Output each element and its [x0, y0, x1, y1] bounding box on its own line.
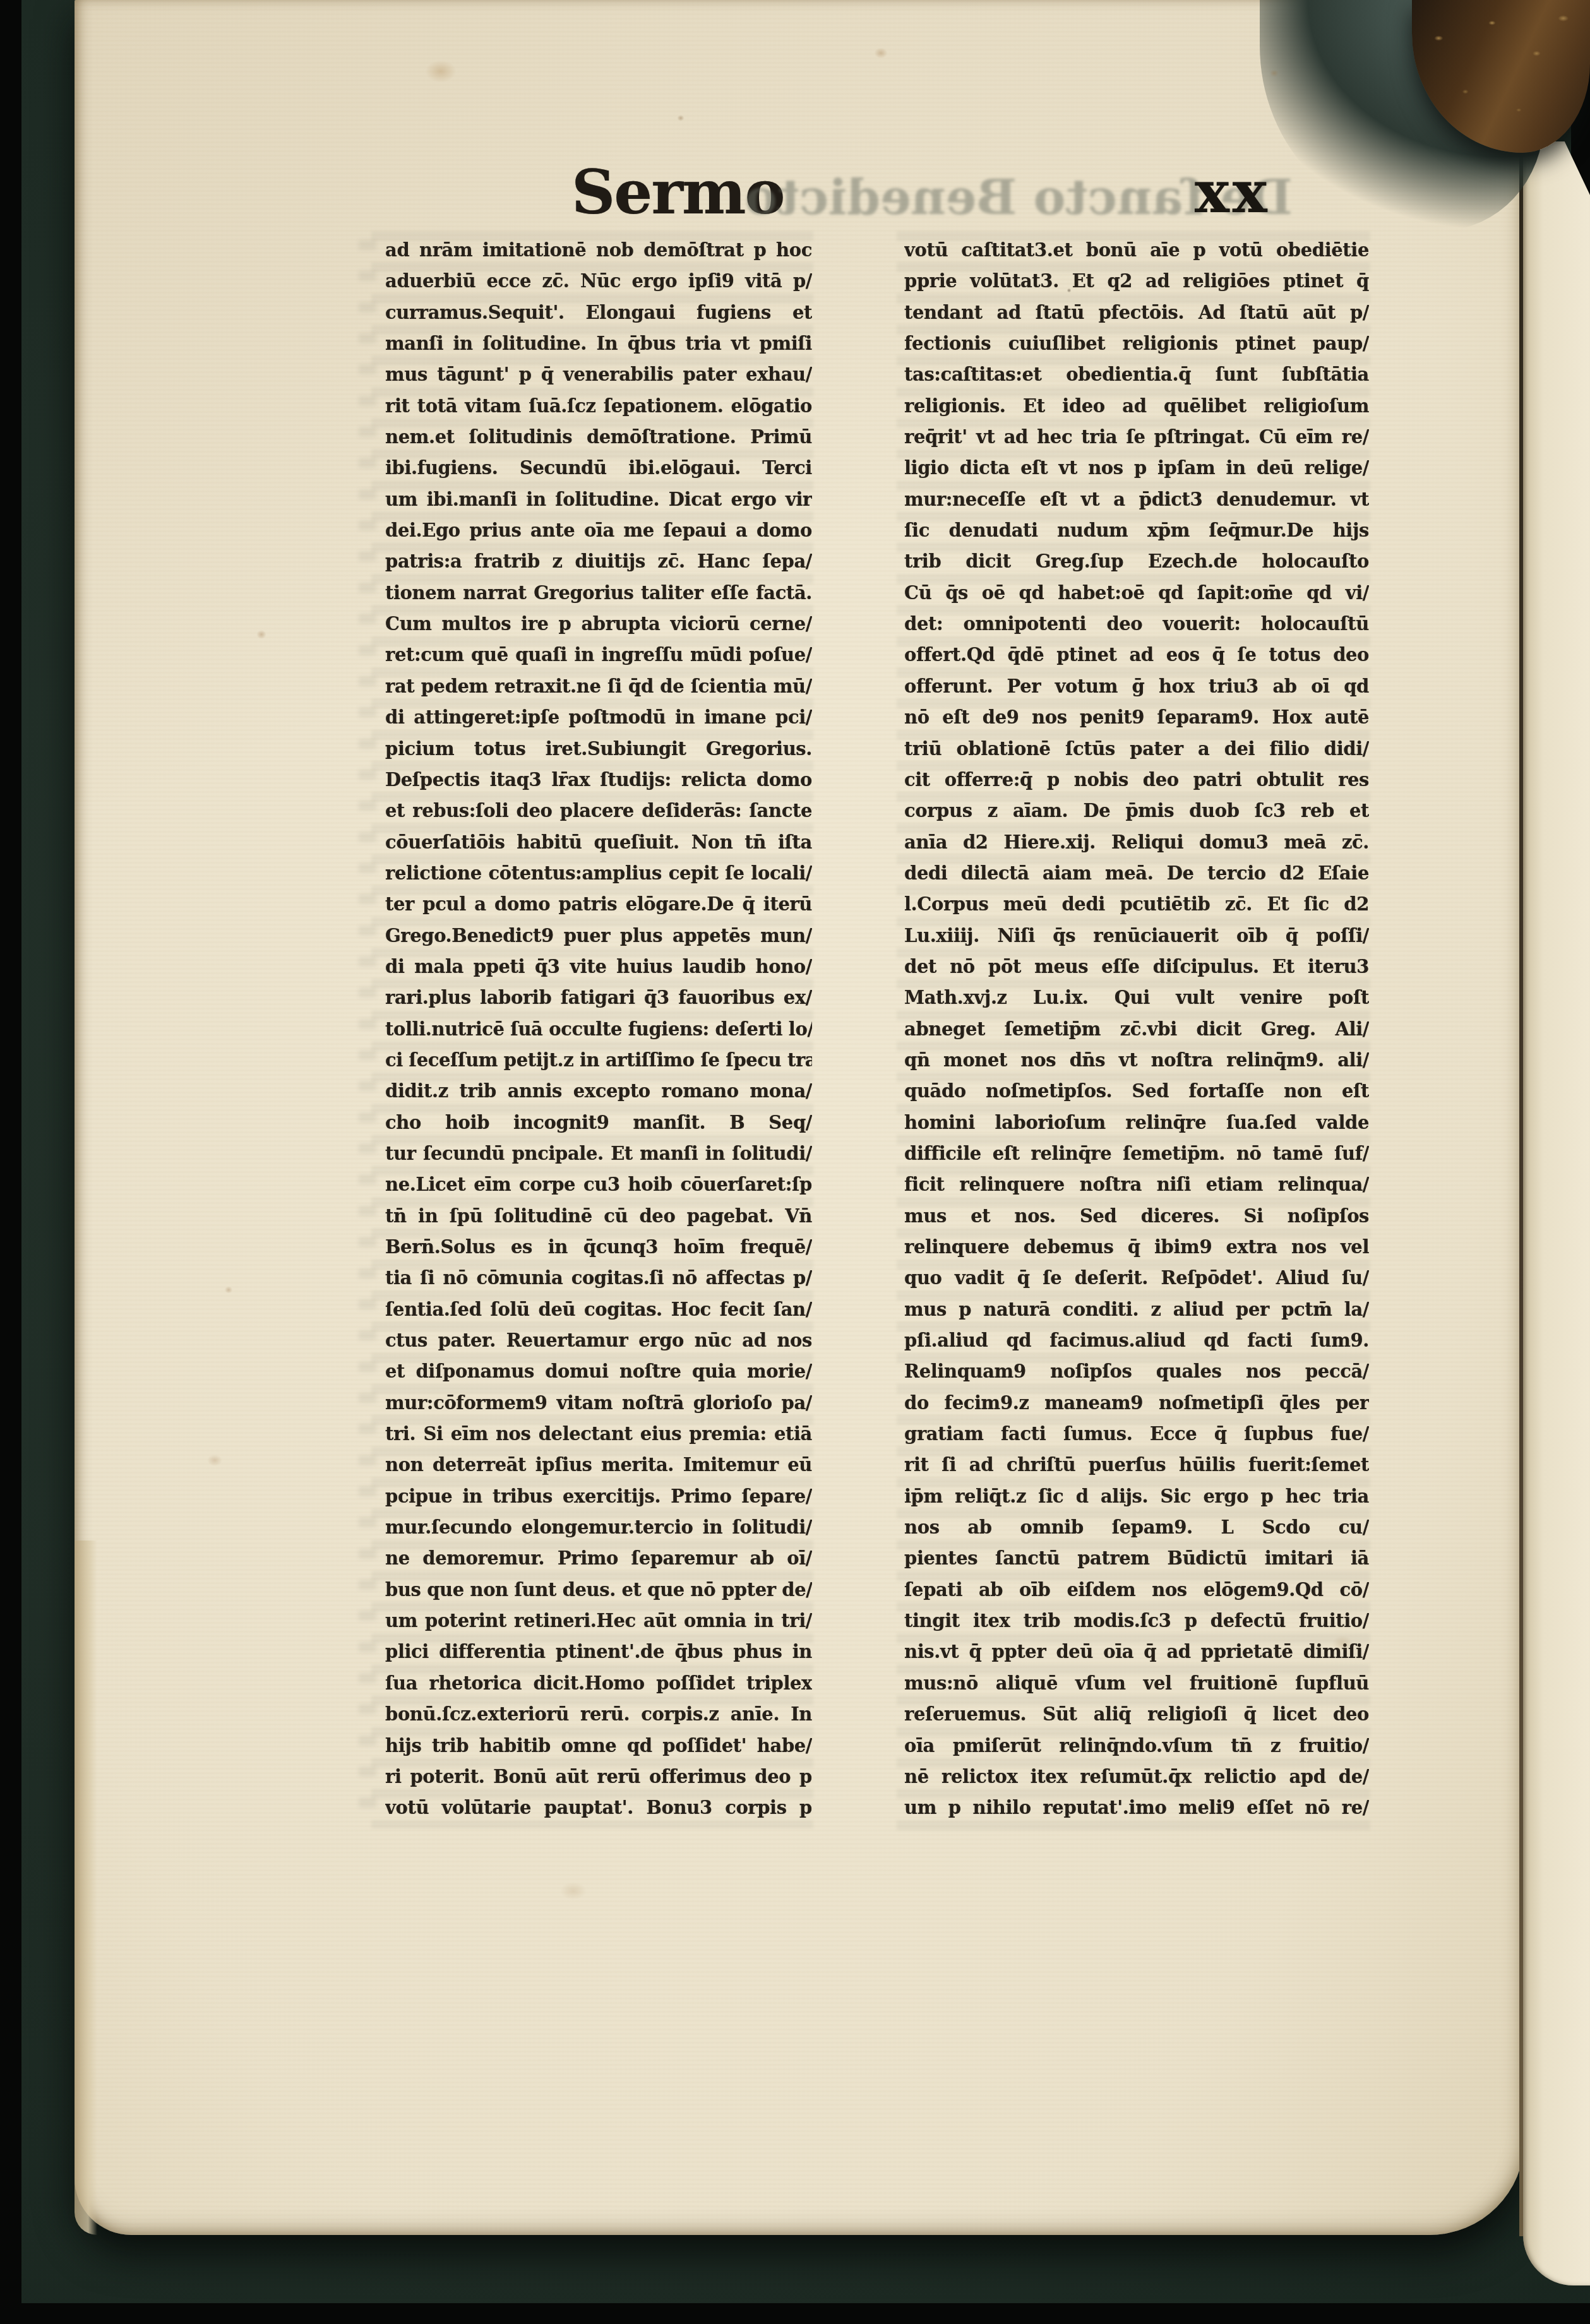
text-line: um poterint retineri.Hec aūt omnia in tr… [385, 1606, 812, 1636]
text-line: gratiam facti ſumus. Ecce q̄ ſupbus fue/ [904, 1419, 1369, 1450]
text-line: tur ſecundū pncipale. Et manſi in ſolitu… [385, 1138, 812, 1169]
text-line: Lu.xiiij. Niſi q̄s renūciauerit oīb q̄ p… [904, 921, 1369, 951]
text-line: ne.Licet eīm corpe cu3 hoib cōuerſaret:ſ… [385, 1169, 812, 1200]
text-line: ri poterit. Bonū aūt rerū offerimus deo … [385, 1761, 812, 1792]
text-line: Bern̄.Solus es in q̄cunq3 hoīm frequē/ [385, 1232, 812, 1263]
text-line: ter pcul a domo patris elōgare.De q̄ ite… [385, 889, 812, 920]
text-line: quādo noſmetipſos. Sed fortaſſe non eſt [904, 1076, 1369, 1107]
text-line: l.Corpus meū dedi pcutiētib zc̄. Et ſic … [904, 889, 1369, 920]
text-line: reſeruemus. Sūt aliq̄ religioſi q̄ licet… [904, 1699, 1369, 1730]
text-line: mus tāgunt' p q̄ venerabilis pater exhau… [385, 359, 812, 390]
text-line: pcipue in tribus exercitijs. Primo ſepar… [385, 1481, 812, 1512]
text-line: ci ſeceſſum petijt.z in artiſſimo ſe ſpe… [385, 1045, 812, 1076]
text-line: ſentia.ſed ſolū deū cogitas. Hoc fecit ſ… [385, 1294, 812, 1325]
text-line: oīa pmiſerūt relinq̄ndo.vſum tn̄ z fruit… [904, 1731, 1369, 1761]
text-line: trib dicit Greg.ſup Ezech.de holocauſto [904, 546, 1369, 577]
text-line: relinquere debemus q̄ ibim9 extra nos ve… [904, 1232, 1369, 1263]
text-line: ctus pater. Reuertamur ergo nūc ad nos [385, 1325, 812, 1356]
text-line: et rebus:ſoli deo placere deſiderās: ſan… [385, 796, 812, 826]
text-line: mur:neceſſe eſt vt a p̄dict3 denudemur. … [904, 484, 1369, 515]
text-line: ſua rhetorica dicit.Homo poſſidet triple… [385, 1668, 812, 1699]
text-line: tn̄ in ſpū ſolitudinē cū deo pagebat. Vn… [385, 1201, 812, 1232]
text-line: Deſpectis itaq3 lr̄ax ſtudijs: relicta d… [385, 765, 812, 796]
text-line: religionis. Et ideo ad quēlibet religioſ… [904, 391, 1369, 422]
text-line: abneget ſemetip̄m zc̄.vbi dicit Greg. Al… [904, 1014, 1369, 1045]
text-line: rit totā vitam ſuā.ſcz ſepationem. elōga… [385, 391, 812, 422]
text-line: pſi.aliud qd facimus.aliud qd facti ſum9… [904, 1325, 1369, 1356]
text-line: ip̄m reliq̄t.z ſic d alijs. Sic ergo p h… [904, 1481, 1369, 1512]
text-line: Grego.Benedict9 puer plus appetēs mun/ [385, 921, 812, 951]
text-line: mus:nō aliquē vſum vel fruitionē ſupfluū [904, 1668, 1369, 1699]
text-line: tingit itex trib modis.ſc3 p defectū fru… [904, 1606, 1369, 1636]
text-line: bonū.ſcz.exteriorū rerū. corpis.z anīe. … [385, 1699, 812, 1730]
text-line: tolli.nutricē ſuā occulte fugiens: deſer… [385, 1014, 812, 1045]
text-line: tia ſi nō cōmunia cogitas.ſi nō affectas… [385, 1263, 812, 1294]
text-line: Cū q̄s oē qd habet:oē qd ſapit:om̄e qd v… [904, 578, 1369, 609]
folio-numeral: xx [1195, 158, 1270, 226]
text-line: offerunt. Per votum ḡ hox triu3 ab oī qd [904, 671, 1369, 702]
text-line: nis.vt q̄ ppter deū oīa q̄ ad pprietatē … [904, 1636, 1369, 1667]
text-line: votū caſtitat3.et bonū aīe p votū obediē… [904, 235, 1369, 266]
text-line: ad nrām imitationē nob demōſtrat p hoc [385, 235, 812, 266]
text-line: nem.et ſolitudinis demōſtratione. Primū [385, 422, 812, 453]
text-line: cit offerre:q̄ p nobis deo patri obtulit… [904, 765, 1369, 796]
text-line: ficit relinquere noſtra niſi etiam relin… [904, 1169, 1369, 1200]
text-line: bus que non ſunt deus. et que nō ppter d… [385, 1575, 812, 1606]
text-line: non deterreāt ipſius merita. Imitemur eū [385, 1450, 812, 1481]
text-line: ligio dicta eſt vt nos p ipſam in deū re… [904, 453, 1369, 484]
text-line: triū oblationē ſctūs pater a dei filio d… [904, 734, 1369, 765]
text-line: picium totus iret.Subiungit Gregorius. [385, 734, 812, 765]
text-line: offert.Qd q̄dē ptinet ad eos q̄ ſe totus… [904, 640, 1369, 670]
text-line: manſi in ſolitudine. In q̄bus tria vt pm… [385, 328, 812, 359]
page-fore-edge [75, 1540, 97, 2235]
text-line: difficile eſt relinq̄re ſemetip̄m. nō ta… [904, 1138, 1369, 1169]
text-line: cōuerſatiōis habitū queſiuit. Non tn̄ iſ… [385, 827, 812, 858]
next-page-edge [1523, 141, 1590, 2285]
text-line: dedi dilectā aiam meā. De tercio d2 Eſai… [904, 858, 1369, 889]
text-line: pprie volūtat3. Et q2 ad religiōes ptine… [904, 266, 1369, 297]
text-line: relictione cōtentus:amplius cepit ſe loc… [385, 858, 812, 889]
text-line: plici differentia ptinent'.de q̄bus phus… [385, 1636, 812, 1667]
text-line: qn̄ monet nos dn̄s vt noſtra relinq̄m9. … [904, 1045, 1369, 1076]
text-line: ret:cum quē quaſi in ingreſſu mūdi poſue… [385, 640, 812, 670]
text-line: cho hoib incognit9 manſit. B Seq/ [385, 1107, 812, 1138]
text-line: ibi.fugiens. Secundū ibi.elōgaui. Terci [385, 453, 812, 484]
text-line: nō eſt de9 nos penit9 ſeparam9. Hox autē [904, 702, 1369, 733]
text-line: tri. Si eīm nos delectant eius premia: e… [385, 1419, 812, 1450]
text-line: didit.z trib annis excepto romano mona/ [385, 1076, 812, 1107]
text-line: um p nihilo reputat'.imo meli9 eſſet nō … [904, 1792, 1369, 1823]
text-line: ſepati ab oīb eiſdem nos elōgem9.Qd cō/ [904, 1575, 1369, 1606]
text-column-right: votū caſtitat3.et bonū aīe p votū obediē… [904, 235, 1369, 1824]
text-line: tionem narrat Gregorius taliter eſſe fac… [385, 578, 812, 609]
text-line: aduerbiū ecce zc̄. Nūc ergo ipſi9 vitā p… [385, 266, 812, 297]
text-line: det nō pōt meus eſſe diſcipulus. Et iter… [904, 951, 1369, 982]
text-line: Math.xvj.z Lu.ix. Qui vult venire poſt [904, 982, 1369, 1013]
text-line: di mala ppeti q̄3 vite huius laudib hono… [385, 951, 812, 982]
text-line: curramus.Sequit'. Elongaui fugiens et [385, 297, 812, 328]
text-line: homini laborioſum relinq̄re ſua.ſed vald… [904, 1107, 1369, 1138]
text-line: Relinquam9 noſipſos quales nos peccā/ [904, 1356, 1369, 1387]
text-line: mus p naturā conditi. z aliud per pctm̄ … [904, 1294, 1369, 1325]
text-line: ſic denudati nudum xp̄m ſeq̄mur.De hijs [904, 515, 1369, 546]
text-line: ne demoremur. Primo ſeparemur ab oī/ [385, 1543, 812, 1574]
text-line: quo vadit q̄ ſe deſerit. Reſpōdet'. Aliu… [904, 1263, 1369, 1294]
text-line: rit ſi ad chriſtū puerſus hūilis fuerit:… [904, 1450, 1369, 1481]
text-line: pientes ſanctū patrem Būdictū imitari iā [904, 1543, 1369, 1574]
page-gutter-crease [1519, 140, 1523, 2236]
text-line: hijs trib habitib omne qd poſſidet' habe… [385, 1731, 812, 1761]
text-line: do fecim9.z maneam9 noſmetipſi q̄les per [904, 1388, 1369, 1419]
text-line: rari.plus laborib fatigari q̄3 fauoribus… [385, 982, 812, 1013]
text-line: et diſponamus domui noſtre quia morie/ [385, 1356, 812, 1387]
text-line: votū volūtarie pauptat'. Bonu3 corpis p [385, 1792, 812, 1823]
text-line: rat pedem retraxit.ne ſi q̄d de ſcientia… [385, 671, 812, 702]
text-line: det: omnipotenti deo vouerit: holocauſtū [904, 609, 1369, 640]
text-column-left: ad nrām imitationē nob demōſtrat p hocad… [385, 235, 812, 1824]
text-line: mur.ſecundo elongemur.tercio in ſolitudi… [385, 1512, 812, 1543]
text-line: Cum multos ire p abrupta viciorū cerne/ [385, 609, 812, 640]
text-line: anīa d2 Hiere.xij. Reliqui domu3 meā zc̄… [904, 827, 1369, 858]
text-line: mur:cōformem9 vitam noſtrā glorioſo pa/ [385, 1388, 812, 1419]
text-line: mus et nos. Sed diceres. Si noſipſos [904, 1201, 1369, 1232]
text-line: fectionis cuiuſlibet religionis ptinet p… [904, 328, 1369, 359]
text-line: nē relictox itex reſumūt.q̄x relictio ap… [904, 1761, 1369, 1792]
text-line: um ibi.manſi in ſolitudine. Dicat ergo v… [385, 484, 812, 515]
text-line: req̄rit' vt ad hec tria ſe pſtringat. Cū… [904, 422, 1369, 453]
text-line: tas:caſtitas:et obedientia.q̄ ſunt ſubſt… [904, 359, 1369, 390]
text-line: di attingeret:ipſe poſtmodū in imane pci… [385, 702, 812, 733]
text-line: corpus z aīam. De p̄mis duob ſc3 reb et [904, 796, 1369, 826]
text-line: dei.Ego prius ante oīa me ſepaui a domo [385, 515, 812, 546]
text-line: patris:a fratrib z diuitijs zc̄. Hanc ſe… [385, 546, 812, 577]
text-line: nos ab omnib ſepam9. L Scdo cu/ [904, 1512, 1369, 1543]
text-line: tendant ad ſtatū pfectōis. Ad ſtatū aūt … [904, 297, 1369, 328]
